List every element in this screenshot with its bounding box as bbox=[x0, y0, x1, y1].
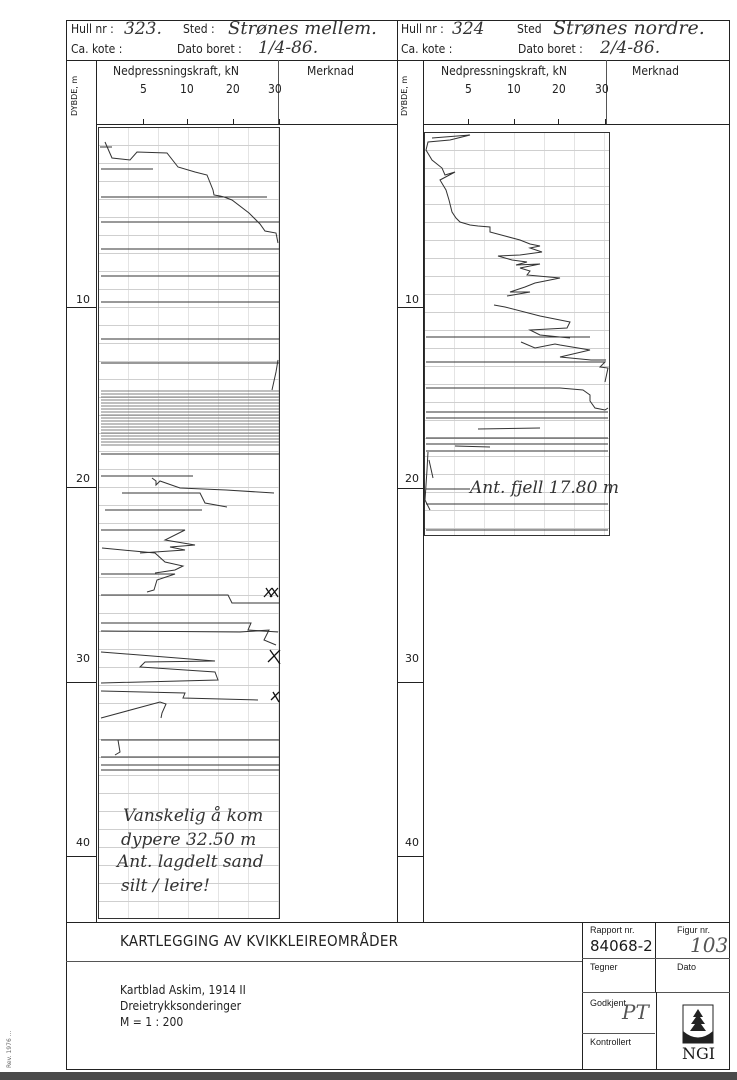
scan-bottom-bar bbox=[0, 1072, 737, 1080]
ngi-logo: NGI bbox=[682, 1004, 714, 1064]
ngi-logo-text: NGI bbox=[682, 1044, 715, 1063]
side-margin-text: Rev. 1976 ... bbox=[6, 1031, 13, 1068]
note-line-1: Ant. fjell 17.80 m bbox=[470, 478, 619, 498]
rapport-number: 84068-2 bbox=[590, 937, 653, 955]
scale: M = 1 : 200 bbox=[120, 1015, 183, 1029]
tegner-label: Tegner bbox=[590, 962, 618, 972]
tree-icon bbox=[682, 1004, 714, 1044]
kontrollert-label: Kontrollert bbox=[590, 1037, 631, 1047]
rapport-label: Rapport nr. bbox=[590, 925, 635, 935]
survey-type: Dreietrykksonderinger bbox=[120, 999, 241, 1013]
dato-label: Dato bbox=[677, 962, 696, 972]
sounding-curve-324 bbox=[0, 0, 737, 1080]
map-sheet: Kartblad Askim, 1914 II bbox=[120, 983, 246, 997]
godkjent-label: Godkjent bbox=[590, 998, 626, 1008]
godkjent-signature: PT bbox=[622, 1000, 649, 1024]
figur-number: 103 bbox=[690, 933, 728, 957]
project-title: KARTLEGGING AV KVIKKLEIREOMRÅDER bbox=[120, 932, 398, 950]
